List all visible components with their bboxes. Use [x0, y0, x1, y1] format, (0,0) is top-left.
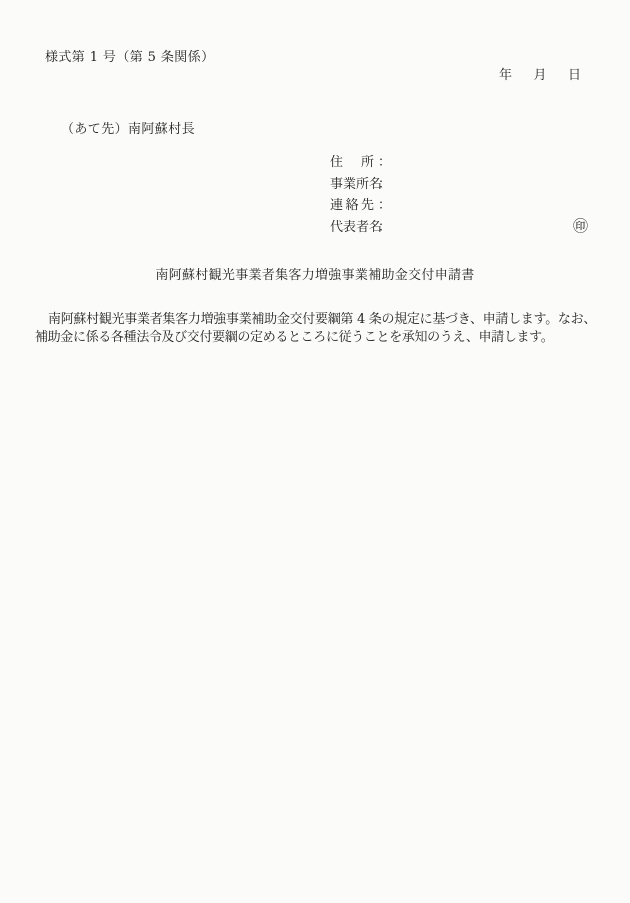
- field-label-address: 住所: [330, 151, 374, 170]
- seal-mark-icon: ㊞: [573, 219, 588, 234]
- applicant-field-row-contact: 連絡先 ：: [330, 194, 588, 216]
- date-month-label: 月: [533, 64, 546, 83]
- field-colon: ：: [378, 216, 391, 235]
- field-colon: ：: [378, 173, 391, 192]
- field-colon: ：: [378, 194, 391, 213]
- date-line: 年 月 日: [499, 64, 581, 83]
- field-label-business-name: 事業所名: [330, 173, 374, 192]
- addressee-line: （あて先）南阿蘇村長: [61, 118, 195, 137]
- date-day-label: 日: [568, 64, 581, 83]
- date-year-label: 年: [499, 64, 512, 83]
- document-page: 様式第 1 号（第 5 条関係） 年 月 日 （あて先）南阿蘇村長 住所 ： 事…: [0, 0, 630, 903]
- field-label-contact: 連絡先: [330, 194, 374, 213]
- application-statement: 南阿蘇村観光事業者集客力増強事業補助金交付要綱第 4 条の規定に基づき、申請しま…: [35, 311, 596, 347]
- field-label-representative: 代表者名: [330, 216, 374, 235]
- document-title: 南阿蘇村観光事業者集客力増強事業補助金交付申請書: [0, 264, 630, 283]
- form-number: 様式第 1 号（第 5 条関係）: [45, 46, 214, 65]
- applicant-field-row-business-name: 事業所名 ：: [330, 173, 588, 195]
- applicant-info-block: 住所 ： 事業所名 ： 連絡先 ： 代表者名 ： ㊞: [330, 151, 588, 237]
- applicant-field-row-address: 住所 ：: [330, 151, 588, 173]
- field-colon: ：: [378, 151, 391, 170]
- applicant-field-row-representative: 代表者名 ： ㊞: [330, 216, 588, 238]
